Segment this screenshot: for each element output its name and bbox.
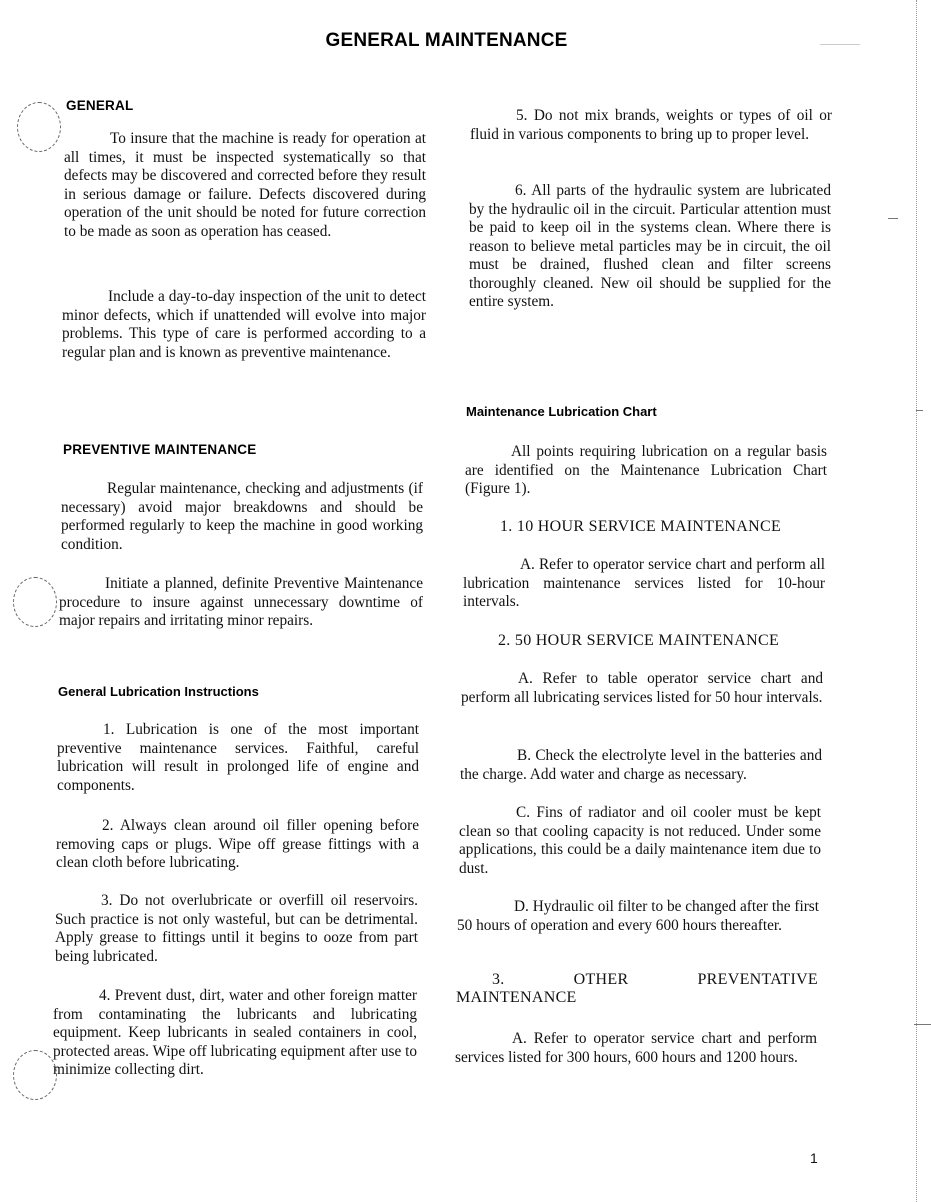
list-item: 5. Do not mix brands, weights or types o… [470,107,832,144]
page-title: GENERAL MAINTENANCE [0,30,893,52]
subheading-10-hour: 1. 10 HOUR SERVICE MAINTENANCE [500,518,781,536]
scan-edge-line [916,0,918,1202]
paragraph: All points requiring lubrication on a re… [465,443,827,499]
section-heading-lubrication-chart: Maintenance Lubrication Chart [466,404,657,419]
paragraph: To insure that the machine is ready for … [64,130,426,241]
paragraph: D. Hydraulic oil filter to be changed af… [457,898,819,935]
paragraph: A. Refer to operator service chart and p… [455,1030,817,1067]
scan-edge-tick [888,218,898,219]
paragraph: C. Fins of radiator and oil cooler must … [459,804,821,878]
list-item: 1. Lubrication is one of the most import… [57,721,419,795]
section-heading-general-lubrication: General Lubrication Instructions [58,684,259,699]
paragraph: A. Refer to table operator service chart… [461,670,823,707]
scan-edge-tick [914,1024,931,1025]
list-item: 6. All parts of the hydraulic system are… [469,182,831,312]
section-heading-general: GENERAL [66,98,133,113]
punch-hole-icon [17,102,61,152]
paragraph: A. Refer to operator service chart and p… [463,556,825,612]
scan-edge-tick [820,44,860,45]
list-item: 3. Do not overlubricate or overfill oil … [55,892,418,966]
scan-edge-tick [916,410,923,411]
paragraph: Regular maintenance, checking and adjust… [61,480,423,554]
list-item: 2. Always clean around oil filler openin… [56,817,419,873]
paragraph: Initiate a planned, definite Preventive … [59,575,423,631]
list-item: 4. Prevent dust, dirt, water and other f… [53,987,417,1080]
subheading-50-hour: 2. 50 HOUR SERVICE MAINTENANCE [498,632,779,650]
section-heading-preventive-maintenance: PREVENTIVE MAINTENANCE [63,442,256,457]
paragraph: B. Check the electrolyte level in the ba… [460,747,822,784]
page-number: 1 [810,1150,818,1166]
paragraph: Include a day-to-day inspection of the u… [62,288,426,362]
punch-hole-icon [13,577,57,627]
subheading-other: 3. OTHER PREVENTATIVE MAINTENANCE [456,971,818,1007]
punch-hole-icon [13,1050,57,1100]
